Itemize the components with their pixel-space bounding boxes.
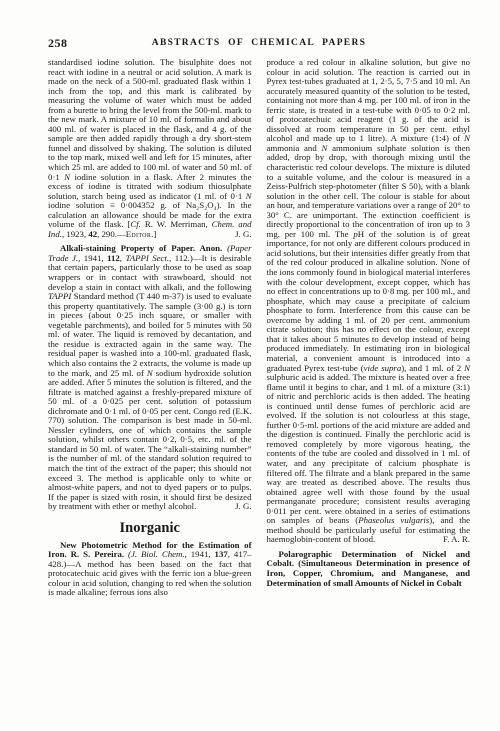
left-column: standardised iodine solution. The bisulp… <box>48 58 252 598</box>
right-column: produce a red colour in alkaline solutio… <box>267 58 471 598</box>
abstract-text: Polarographic Determination of Nickel an… <box>267 549 471 588</box>
abstract-text: standardised iodine solution. The bisulp… <box>48 57 252 239</box>
two-column-text-block: standardised iodine solution. The bisulp… <box>48 58 470 598</box>
journal-page: 258 ABSTRACTS OF CHEMICAL PAPERS standar… <box>0 0 500 731</box>
section-heading-inorganic: Inorganic <box>48 520 252 536</box>
abstract-continuation-paragraph: produce a red colour in alkaline solutio… <box>267 58 471 545</box>
abstractor-initials: J. G. <box>229 230 251 240</box>
abstractor-initials: F. A. R. <box>437 535 470 545</box>
abstract-paragraph-polarographic-nickel-cobalt: Polarographic Determination of Nickel an… <box>267 550 471 588</box>
abstract-paragraph-alkali-staining: Alkali-staining Property of Paper. Anon.… <box>48 244 252 511</box>
abstractor-initials: J. G. <box>217 502 251 512</box>
abstract-paragraph-photometric-iron: New Photometric Method for the Estimatio… <box>48 541 252 598</box>
abstract-text: produce a red colour in alkaline solutio… <box>267 57 471 544</box>
abstract-text: Alkali-staining Property of Paper. Anon.… <box>48 243 252 511</box>
running-title: ABSTRACTS OF CHEMICAL PAPERS <box>48 38 470 48</box>
page-header: 258 ABSTRACTS OF CHEMICAL PAPERS <box>48 36 470 51</box>
abstract-continuation-paragraph: standardised iodine solution. The bisulp… <box>48 58 252 239</box>
abstract-text: New Photometric Method for the Estimatio… <box>48 540 252 598</box>
